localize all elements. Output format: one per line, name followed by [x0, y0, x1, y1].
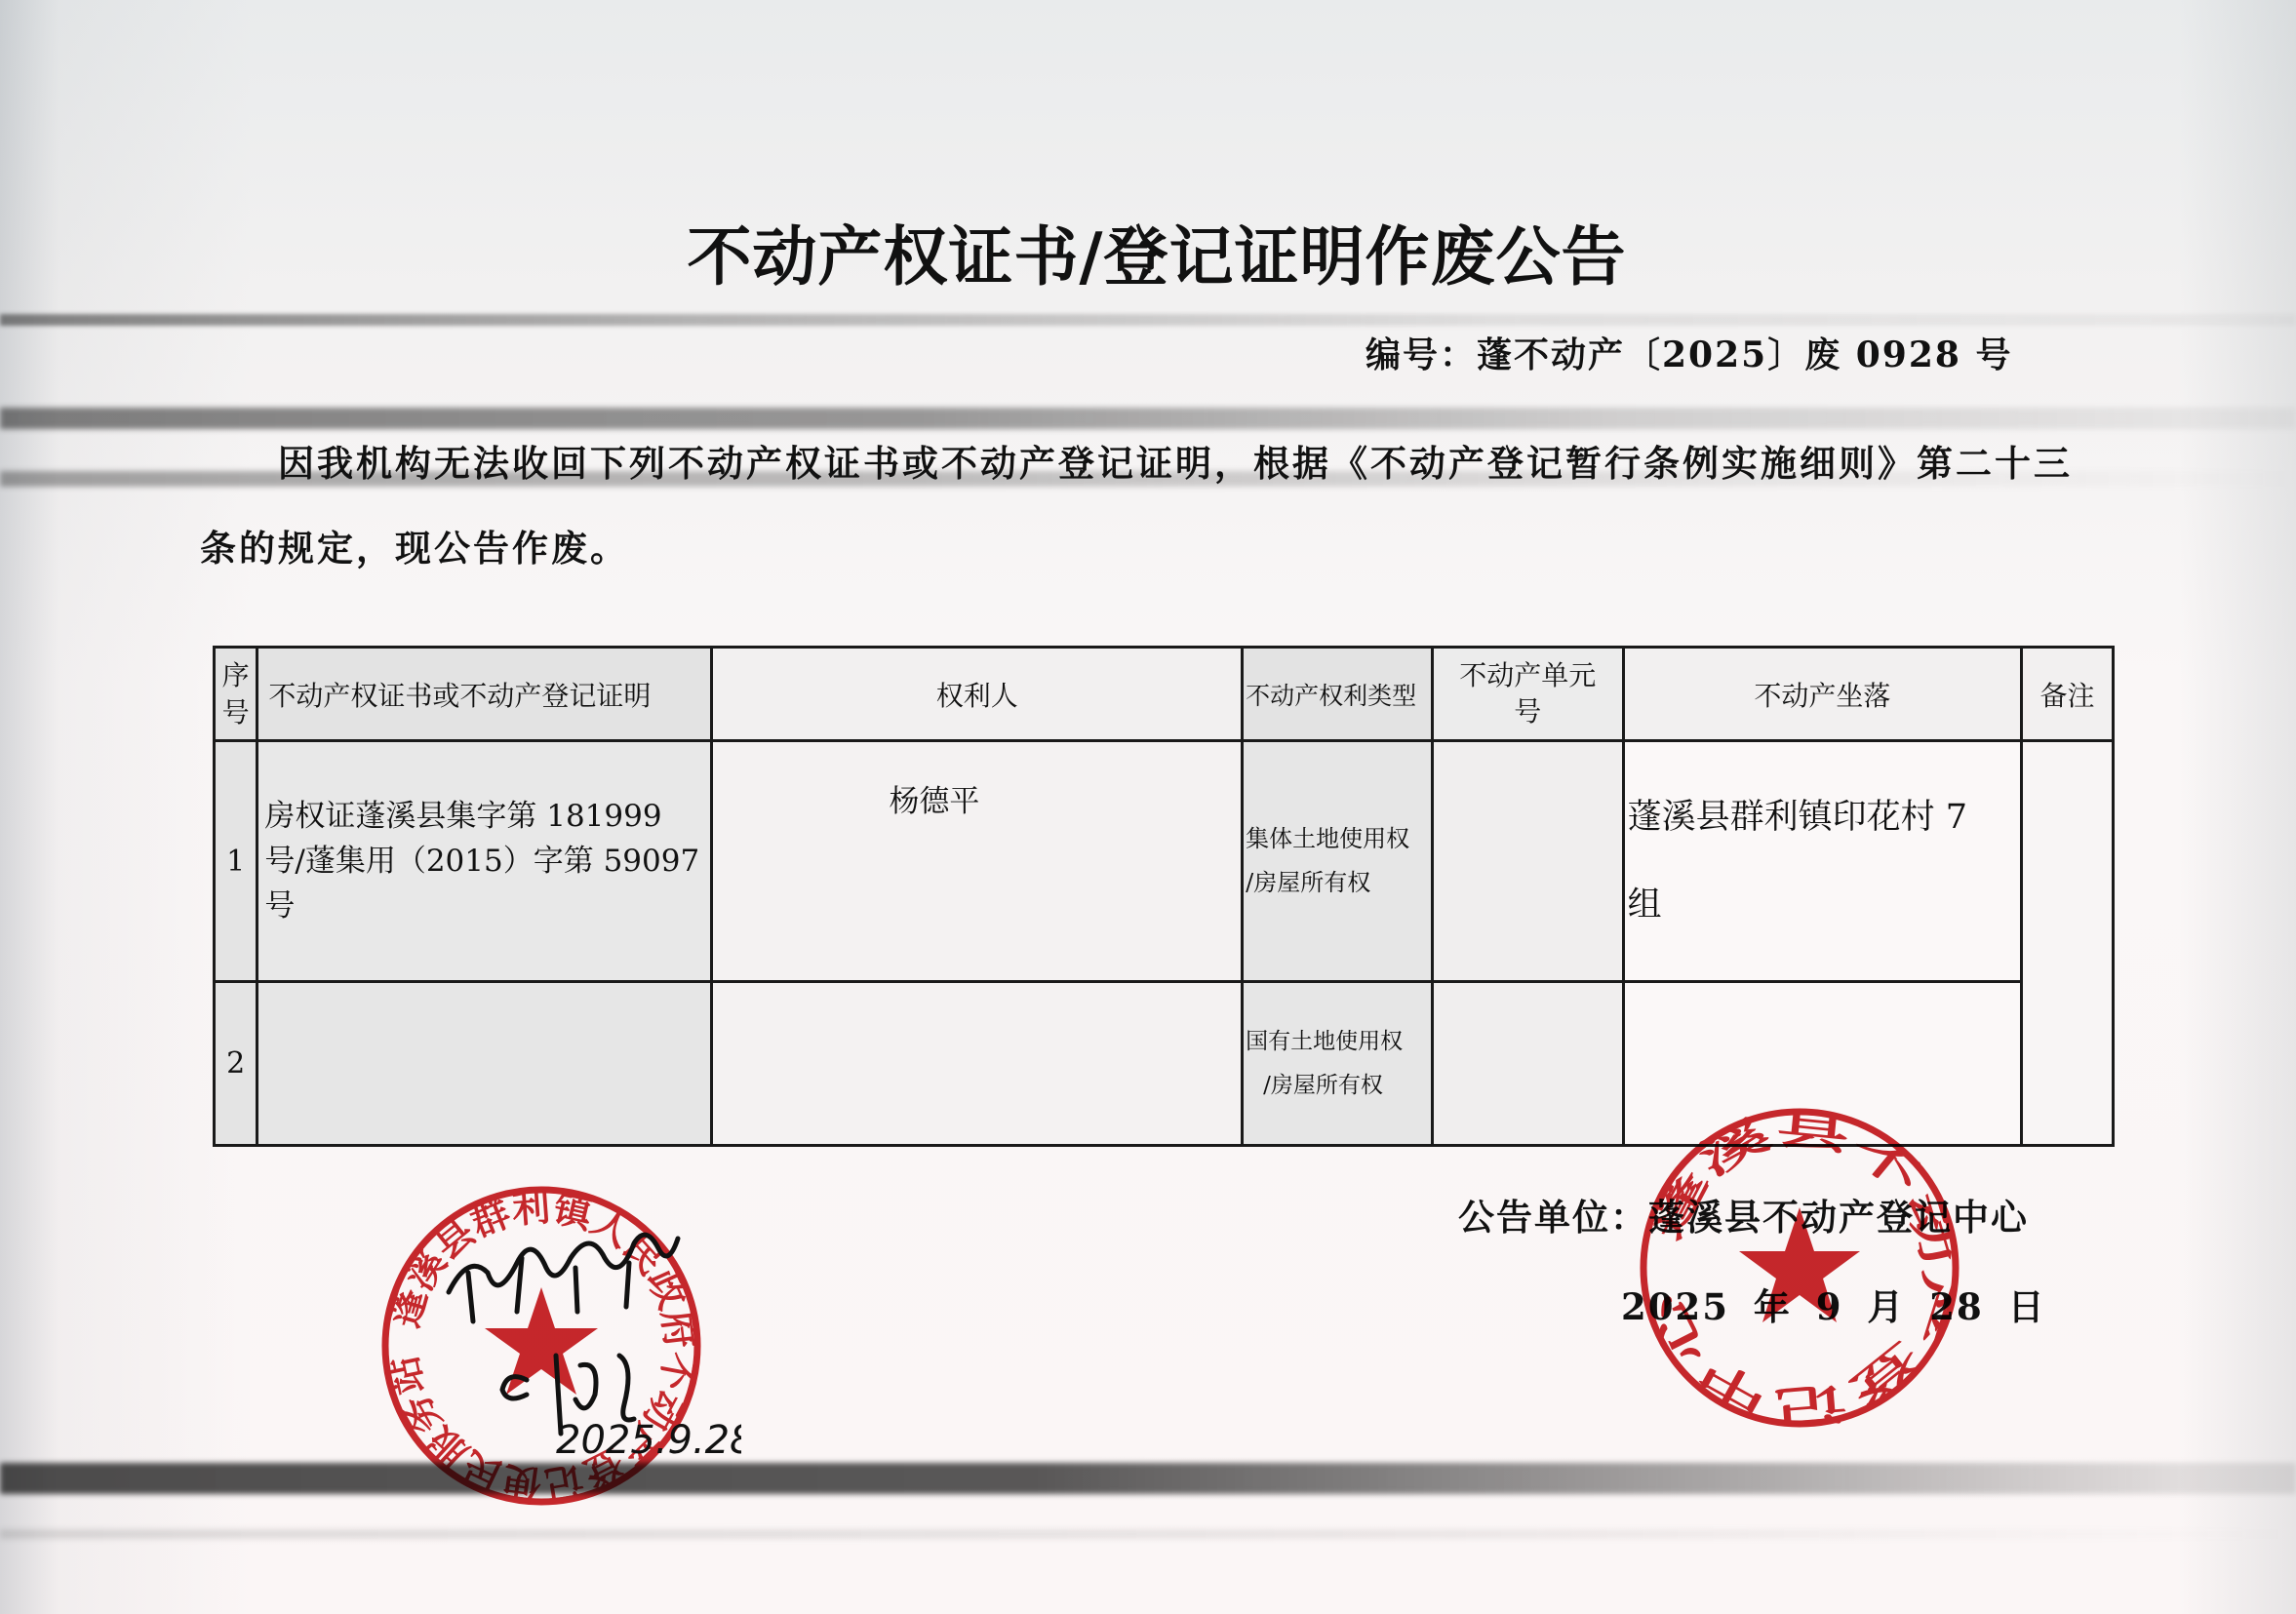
cell-type-line: 国有土地使用权: [1246, 1029, 1403, 1054]
cell-location-line: 蓬溪县群利镇印花村 7: [1628, 798, 1967, 837]
cell-type-line: /房屋所有权: [1246, 869, 1370, 896]
table-row: 1 房权证蓬溪县集字第 181999 号/蓬集用（2015）字第 59097 号…: [215, 741, 2114, 982]
holder-name: 杨德平: [889, 776, 1241, 820]
body-text-line-2: 条的规定，现公告作废。: [200, 519, 629, 571]
header-seq: 序 号: [215, 648, 257, 741]
cell-holder: 杨德平: [712, 741, 1243, 982]
header-note: 备注: [2022, 648, 2114, 741]
document-title: 不动产权证书/登记证明作废公告: [0, 205, 2296, 297]
cell-right-type: 国有土地使用权 /房屋所有权: [1243, 982, 1433, 1146]
handwritten-signature: 2025.9.28: [410, 1200, 741, 1521]
cell-certificate-line: 号: [264, 888, 295, 924]
cell-unit-number: [1432, 741, 1623, 982]
seal-star-icon: [1739, 1207, 1860, 1322]
cell-type-line: /房屋所有权: [1246, 1073, 1383, 1098]
cell-certificate: 房权证蓬溪县集字第 181999 号/蓬集用（2015）字第 59097 号: [257, 741, 712, 982]
cell-location-line: 组: [1628, 886, 1662, 925]
cell-type-line: 集体土地使用权: [1246, 825, 1409, 852]
header-unit-number: 不动产单元 号: [1432, 648, 1623, 741]
cell-right-type: 集体土地使用权 /房屋所有权: [1243, 741, 1433, 982]
header-seq-line: 序: [222, 659, 250, 691]
cell-certificate-line: 号/蓬集用（2015）字第 59097: [264, 844, 699, 879]
cell-seq: 1: [215, 741, 257, 982]
cell-certificate-line: 房权证蓬溪县集字第 181999: [264, 799, 661, 834]
table-header-row: 序 号 不动产权证书或不动产登记证明 权利人 不动产权利类型 不动产单元 号 不…: [215, 648, 2114, 741]
header-certificate: 不动产权证书或不动产登记证明: [257, 648, 712, 741]
official-seal-right: 蓬溪县不动产登记中心: [1634, 1102, 1965, 1434]
void-certificate-table: 序 号 不动产权证书或不动产登记证明 权利人 不动产权利类型 不动产单元 号 不…: [213, 646, 2115, 1147]
document-number: 编号：蓬不动产〔2025〕废 0928 号: [1366, 328, 2012, 377]
header-location: 不动产坐落: [1623, 648, 2022, 741]
cell-unit-number: [1432, 982, 1623, 1146]
cell-seq: 2: [215, 982, 257, 1146]
handwritten-date: 2025.9.28: [556, 1418, 741, 1463]
cell-certificate: [257, 982, 712, 1146]
header-unit-line: 号: [1514, 695, 1541, 728]
header-seq-line: 号: [222, 696, 250, 728]
cell-holder: [712, 982, 1243, 1146]
body-text-line-1: 因我机构无法收回下列不动产权证书或不动产登记证明，根据《不动产登记暂行条例实施细…: [278, 434, 2073, 487]
header-holder: 权利人: [712, 648, 1243, 741]
header-unit-line: 不动产单元: [1459, 659, 1596, 691]
cell-location: 蓬溪县群利镇印花村 7 组: [1623, 741, 2022, 982]
cell-note: [2022, 741, 2114, 1146]
header-right-type: 不动产权利类型: [1243, 648, 1433, 741]
